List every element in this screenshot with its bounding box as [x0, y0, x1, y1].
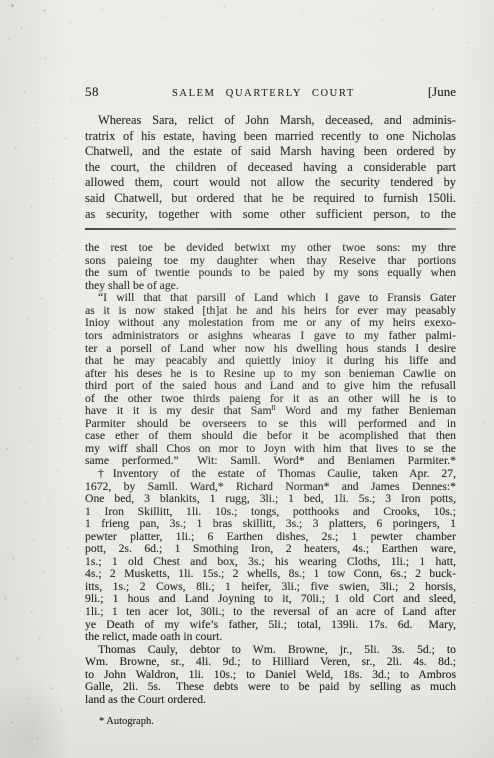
text-line: 1 Iron Skillitt, 1li. 10s.; tongs, potth… — [85, 506, 456, 519]
text-line: Parmiter should be overseers to se this … — [85, 418, 456, 431]
text-line: 1s.; 1 old Chest and box, 3s.; his weari… — [85, 556, 456, 569]
text-line: third port of the saied hous and Land an… — [85, 380, 456, 393]
text-line: Galle, 2li. 5s. These debts were to be p… — [85, 681, 456, 694]
issue-month: [June — [428, 84, 456, 100]
text-line: after his deses he is to Resine up to my… — [85, 368, 456, 381]
running-title: SALEM QUARTERLY COURT — [172, 88, 355, 99]
text-line: 9li.; 1 hous and Land Joyning to it, 70l… — [85, 593, 456, 606]
text-line: 1 frieng pan, 3s.; 1 bras skillitt, 3s.;… — [85, 518, 456, 531]
text-line: tors administrators or asighns whearas I… — [85, 330, 456, 343]
text-line: sons paieing toe my daughter when thay R… — [85, 255, 456, 268]
page-header: 58 SALEM QUARTERLY COURT [June — [85, 84, 456, 100]
text-line: One bed, 3 blankits, 1 rugg, 3li.; 1 bed… — [85, 493, 456, 506]
text-line: that he may peacably and quiettly inioy … — [85, 355, 456, 368]
text-line: same performed.” Wit: Samll. Word* and B… — [85, 455, 456, 468]
scanned-page: 58 SALEM QUARTERLY COURT [June Whereas S… — [0, 0, 494, 758]
text-line: allowed them, court would not allow the … — [85, 175, 456, 191]
text-line: Whereas Sara, relict of John Marsh, dece… — [85, 113, 456, 129]
paragraph-debts: Thomas Cauly, debtor to Wm. Browne, jr.,… — [85, 644, 456, 707]
text-line: they shall be of age. — [85, 280, 456, 293]
text-line: land as the Court ordered. — [85, 694, 456, 707]
paragraph-inventory: †Inventory of the estate of Thomas Cauli… — [85, 468, 456, 644]
page-number: 58 — [85, 84, 99, 100]
text-line: 4s.; 2 Musketts, 1li. 15s.; 2 whells, 8s… — [85, 568, 456, 581]
text-line: Thomas Cauly, debtor to Wm. Browne, jr.,… — [85, 644, 456, 657]
text-line: itts, 1s.; 2 Cows, 8li.; 1 heifer, 3li.;… — [85, 581, 456, 594]
text-line: pott, 2s. 6d.; 1 Smothing Iron, 2 heater… — [85, 543, 456, 556]
text-line: Wm. Browne, sr., 4li. 9d.; to Hilliard V… — [85, 656, 456, 669]
text-line: pewter platter, 1li.; 6 Earthen dishes, … — [85, 531, 456, 544]
text-line: to John Waldron, 1li. 10s.; to Daniel We… — [85, 669, 456, 682]
text-line: Inioy without any molestation from me or… — [85, 317, 456, 330]
upper-text-block: Whereas Sara, relict of John Marsh, dece… — [85, 113, 456, 222]
text-line: the rest toe be devided betwixt my other… — [85, 242, 456, 255]
lower-text-block: the rest toe be devided betwixt my other… — [85, 242, 456, 728]
text-line: have it it is my desir that Samll Word a… — [85, 405, 456, 418]
text-line: my wiff shall Chos on mor to Joyn with h… — [85, 443, 456, 456]
text-line: case ether of them should die befor it b… — [85, 430, 456, 443]
text-line: as it is now staked [th]at he and his he… — [85, 305, 456, 318]
text-column: 58 SALEM QUARTERLY COURT [June Whereas S… — [85, 84, 456, 728]
paragraph-marsh-estate: Whereas Sara, relict of John Marsh, dece… — [85, 113, 456, 222]
text-line: of the other twoe thirds paieng for it a… — [85, 393, 456, 406]
paragraph-will-continuation: the rest toe be devided betwixt my other… — [85, 242, 456, 292]
footnote-autograph: * Autograph. — [85, 716, 456, 728]
scan-speckle-noise — [0, 0, 1, 1]
text-line: the court, the children of deceased havi… — [85, 160, 456, 176]
section-divider-rule — [85, 228, 456, 230]
text-line: the sum of twentie pounds to be paied by… — [85, 267, 456, 280]
text-line: the relict, made oath in court. — [85, 631, 456, 644]
text-line: ye Death of my wife’s father, 5li.; tota… — [85, 619, 456, 632]
text-line: 1672, by Samll. Ward,* Richard Norman* a… — [85, 481, 456, 494]
text-line: ter a porsell of Land wher now his dwell… — [85, 343, 456, 356]
paragraph-will-quote: “I will that that parsill of Land which … — [85, 292, 456, 468]
text-line: tratrix of his estate, having been marri… — [85, 129, 456, 145]
text-line: 1li.; 1 ten acer lot, 30li.; to the reve… — [85, 606, 456, 619]
text-line: said Chatwell, but ordered that he be re… — [85, 191, 456, 207]
superscript: ll — [272, 405, 276, 412]
text-line: “I will that that parsill of Land which … — [85, 292, 456, 305]
text-line: †Inventory of the estate of Thomas Cauli… — [85, 468, 456, 481]
text-line: Chatwell, and the estate of said Marsh h… — [85, 144, 456, 160]
text-line: as security, together with some other su… — [85, 207, 456, 223]
